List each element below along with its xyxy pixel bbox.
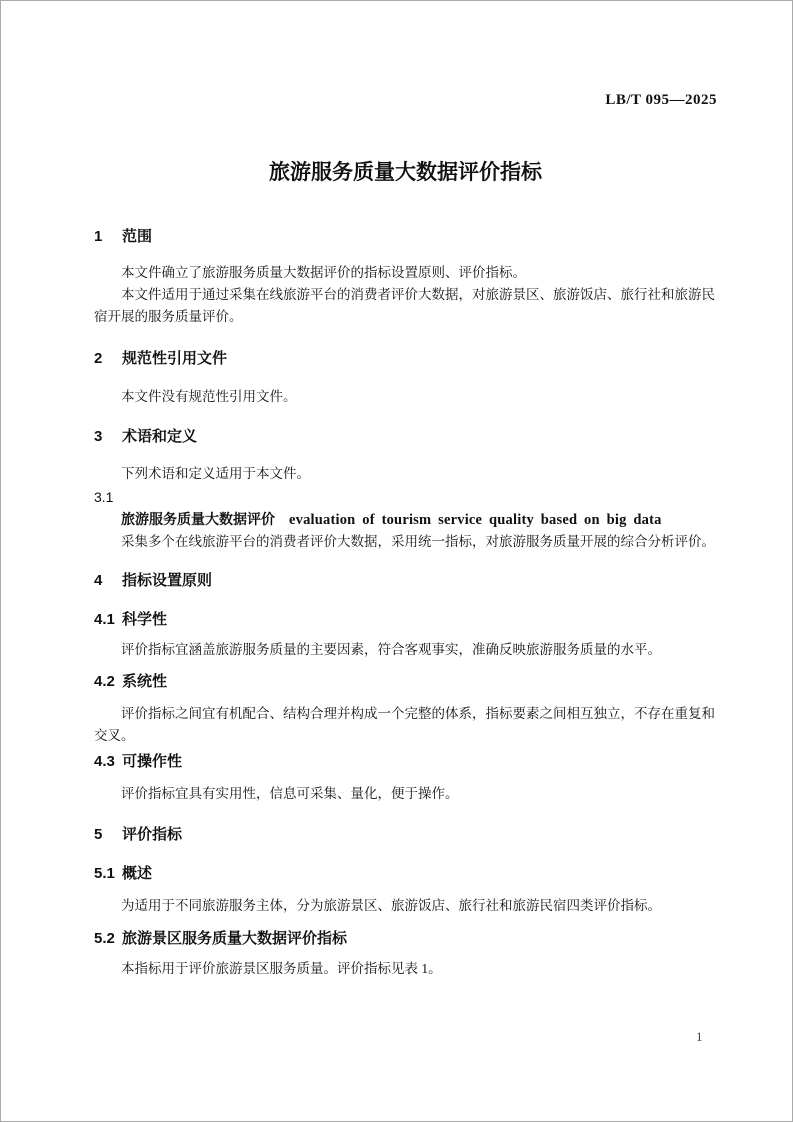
term-line: 旅游服务质量大数据评价evaluation of tourism service… [94,508,717,531]
page-header: LB/T 095—2025 [94,91,717,109]
subsection-heading-overview: 5.1概述 [94,863,717,885]
subsection-number: 5.1 [94,863,122,885]
subsection-number: 5.2 [94,928,122,950]
subsection-title: 科学性 [122,611,167,628]
subsection-heading-scenic-area-indicators: 5.2旅游景区服务质量大数据评价指标 [94,928,717,950]
document-page: LB/T 095—2025 旅游服务质量大数据评价指标 1范围 本文件确立了旅游… [0,0,793,1122]
section-title: 规范性引用文件 [122,350,227,367]
section-heading-scope: 1范围 [94,226,717,248]
page-number: 1 [696,1029,703,1045]
paragraph-scientific: 评价指标宜涵盖旅游服务质量的主要因素，符合客观事实，准确反映旅游服务质量的水平。 [94,639,717,661]
page-content: LB/T 095—2025 旅游服务质量大数据评价指标 1范围 本文件确立了旅游… [94,1,717,980]
section-heading-normative-references: 2规范性引用文件 [94,348,717,370]
paragraph-terms-intro: 下列术语和定义适用于本文件。 [94,463,717,485]
paragraph-scope-1: 本文件确立了旅游服务质量大数据评价的指标设置原则、评价指标。 [94,262,717,284]
section-number: 1 [94,226,122,248]
section-heading-principles: 4指标设置原则 [94,570,717,592]
section-heading-indicators: 5评价指标 [94,824,717,846]
subsection-title: 系统性 [122,673,167,690]
subsection-number: 4.2 [94,671,122,693]
section-title: 术语和定义 [122,428,197,445]
subsection-number: 4.1 [94,609,122,631]
section-number: 4 [94,570,122,592]
section-heading-terms: 3术语和定义 [94,426,717,448]
paragraph-overview: 为适用于不同旅游服务主体，分为旅游景区、旅游饭店、旅行社和旅游民宿四类评价指标。 [94,895,717,917]
paragraph-scope-2: 本文件适用于通过采集在线旅游平台的消费者评价大数据，对旅游景区、旅游饭店、旅行社… [94,284,717,328]
subsection-heading-systematic: 4.2系统性 [94,671,717,693]
document-title: 旅游服务质量大数据评价指标 [94,159,717,187]
section-number: 2 [94,348,122,370]
subsection-title: 旅游景区服务质量大数据评价指标 [122,930,347,947]
paragraph-normative-references: 本文件没有规范性引用文件。 [94,386,717,408]
subsection-title: 可操作性 [122,753,182,770]
paragraph-scenic-area-indicators: 本指标用于评价旅游景区服务质量。评价指标见表 1。 [94,958,717,980]
standard-code: LB/T 095—2025 [605,92,717,108]
paragraph-operability: 评价指标宜具有实用性，信息可采集、量化，便于操作。 [94,783,717,805]
term-clause-number: 3.1 [94,486,717,508]
subsection-number: 4.3 [94,751,122,773]
term-name-zh: 旅游服务质量大数据评价 [121,511,275,527]
section-title: 指标设置原则 [122,572,212,589]
section-number: 3 [94,426,122,448]
subsection-heading-scientific: 4.1科学性 [94,609,717,631]
term-name-en: evaluation of tourism service quality ba… [289,512,662,528]
section-title: 范围 [122,228,152,245]
subsection-heading-operability: 4.3可操作性 [94,751,717,773]
term-definition: 采集多个在线旅游平台的消费者评价大数据，采用统一指标，对旅游服务质量开展的综合分… [94,531,717,553]
paragraph-systematic: 评价指标之间宜有机配合、结构合理并构成一个完整的体系，指标要素之间相互独立，不存… [94,703,717,747]
subsection-title: 概述 [122,865,152,882]
section-title: 评价指标 [122,826,182,843]
section-number: 5 [94,824,122,846]
